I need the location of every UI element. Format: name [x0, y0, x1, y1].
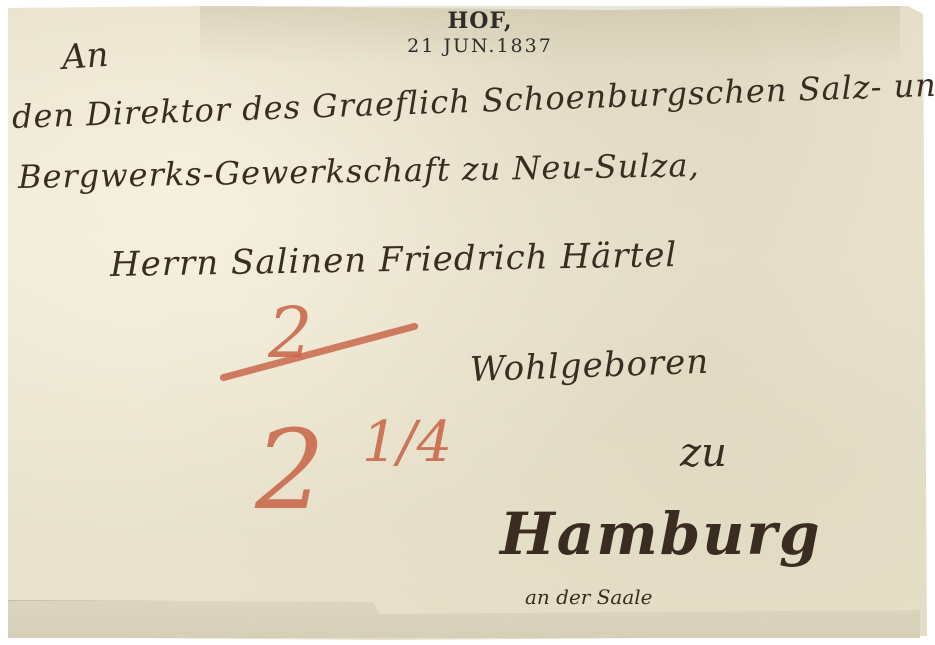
postmark-town: HOF,	[360, 8, 600, 34]
postage-marking-bottom: 2	[255, 405, 325, 535]
postmark-date: 21 JUN.1837	[360, 34, 600, 58]
honorific: Wohlgeboren	[469, 342, 710, 390]
postage-marking-fraction: 1/4	[362, 410, 452, 475]
destination-city: Hamburg	[500, 500, 822, 568]
destination-region: an der Saale	[525, 585, 653, 609]
address-preposition: zu	[680, 430, 727, 476]
address-salutation: An	[61, 35, 110, 78]
postmark: HOF, 21 JUN.1837	[360, 8, 600, 58]
